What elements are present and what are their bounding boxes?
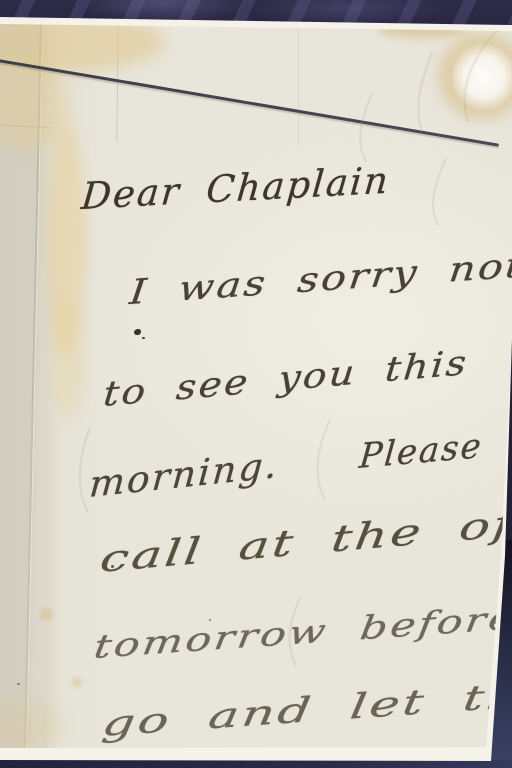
handwritten-line-5: call at the office (98, 497, 512, 579)
handwritten-line-7: go and let the (100, 676, 512, 742)
framed-letter-photo: Dear Chaplain I was sorry not to see you… (0, 0, 512, 768)
letter-paper: Dear Chaplain I was sorry not to see you… (0, 0, 512, 768)
handwritten-line-2: I was sorry not (128, 248, 512, 310)
handwritten-line-3: to see you this (102, 346, 470, 412)
handwritten-line-salutation: Dear Chaplain (80, 162, 391, 215)
letter-body: Dear Chaplain I was sorry not to see you… (0, 0, 512, 768)
frame-bottom-strip (0, 760, 512, 768)
handwritten-line-6: tomorrow before you (92, 593, 512, 663)
handwritten-line-4: morning. (88, 448, 280, 504)
handwritten-word-please: Please (358, 429, 484, 474)
